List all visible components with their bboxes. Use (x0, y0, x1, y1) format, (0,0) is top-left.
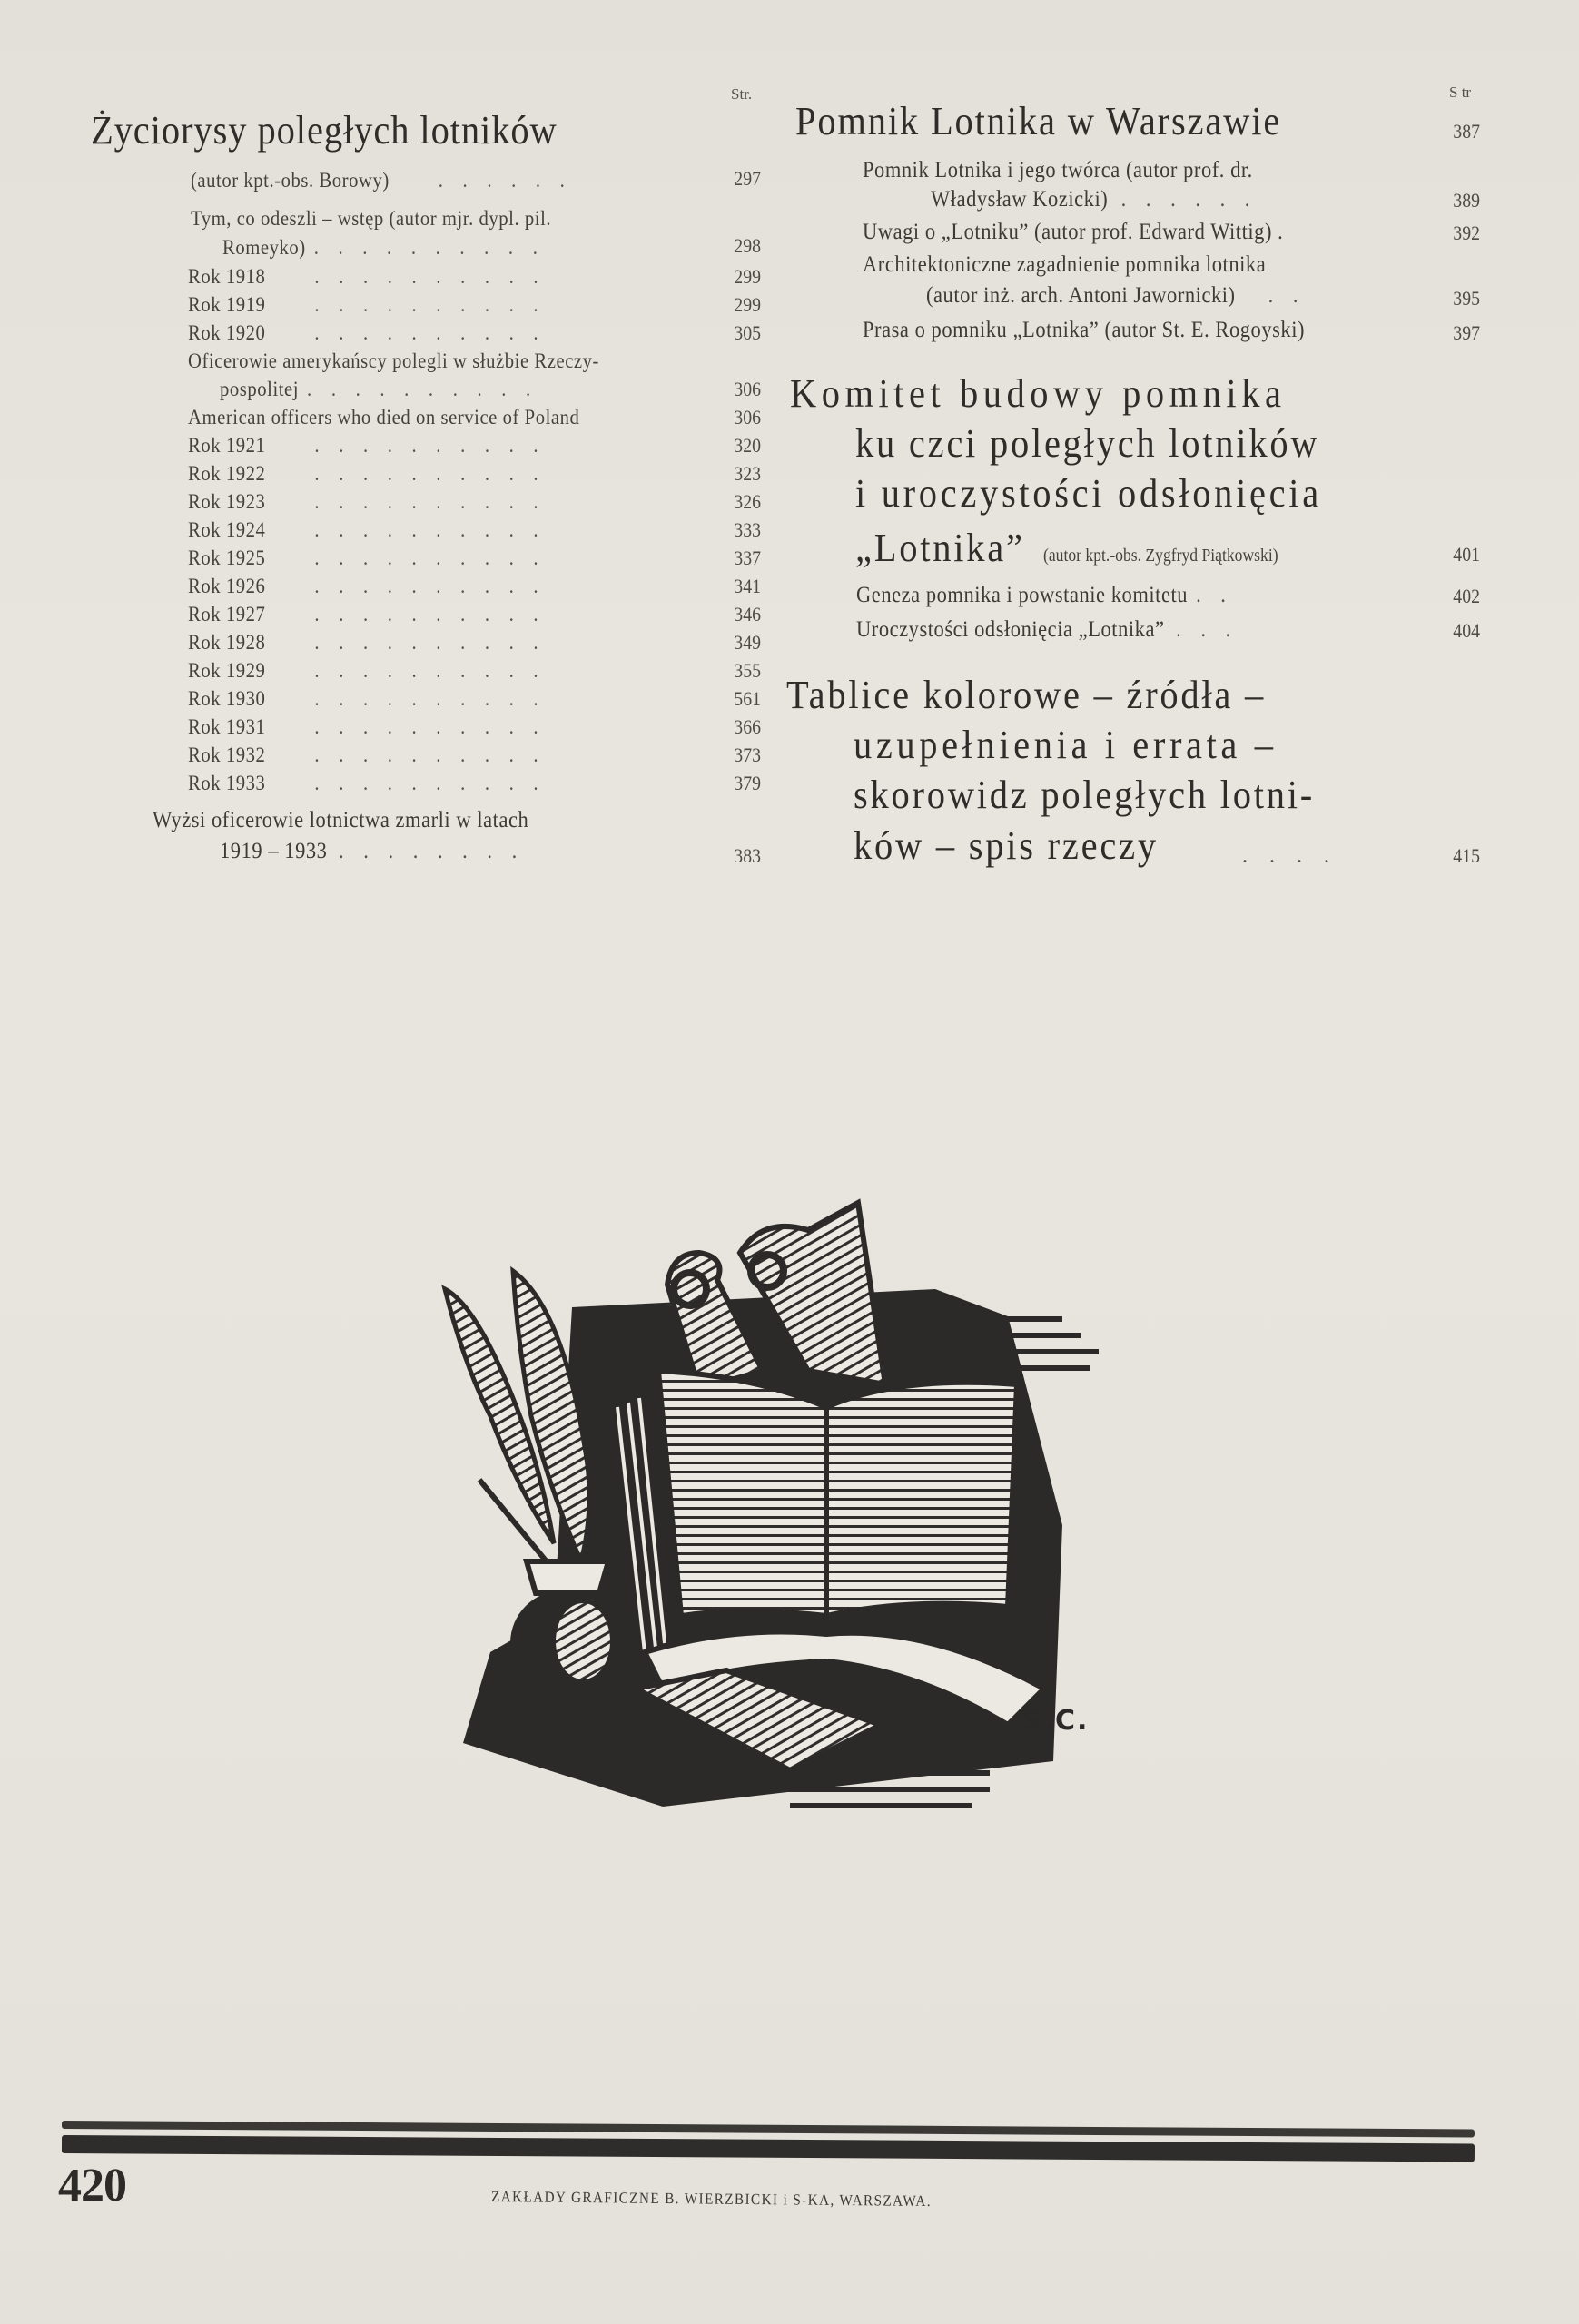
section-title-tablice-line4: ków – spis rzeczy (854, 822, 1185, 869)
toc-entry: Rok 1926.......... (188, 575, 558, 598)
toc-entry: Rok 1922.......... (188, 462, 558, 486)
toc-entry-continuation: (autor inż. arch. Antoni Jawornicki).. (926, 283, 1317, 309)
section-title-komitet-line2: ku czci poległych lotników (855, 420, 1319, 467)
toc-entry: Rok 1921.......... (188, 434, 558, 458)
toc-entry: Rok 1929.......... (188, 659, 558, 683)
toc-entry: Rok 1923.......... (188, 490, 558, 514)
toc-entry: Tym, co odeszli – wstęp (autor mjr. dypl… (191, 207, 551, 231)
toc-page-number: 355 (712, 659, 761, 683)
toc-entry: Rok 1918.......... (188, 265, 558, 289)
toc-entry: Rok 1933.......... (188, 772, 558, 795)
toc-page-number: 397 (1431, 321, 1480, 345)
toc-page-number: 379 (712, 772, 761, 795)
toc-page-number: 349 (712, 631, 761, 655)
toc-page-number: 323 (712, 462, 761, 486)
toc-page-number: 306 (712, 378, 761, 401)
toc-entry: Wyżsi oficerowie lotnictwa zmarli w lata… (153, 808, 528, 833)
toc-entry: Rok 1930.......... (188, 687, 558, 711)
right-page-column-header: S tr (1449, 84, 1471, 102)
page-number: 420 (58, 2159, 126, 2212)
toc-entry: Oficerowie amerykańscy polegli w służbie… (188, 350, 599, 373)
section-title-komitet: Komitet budowy pomnika (790, 370, 1286, 417)
section-title-pomnik: Pomnik Lotnika w Warszawie (795, 98, 1281, 144)
artist-signature: S.C. (1021, 1705, 1089, 1737)
toc-entry-continuation: pospolitej.......... (220, 378, 550, 401)
toc-page-number: 415 (1431, 844, 1480, 868)
toc-entry: Uwagi o „Lotniku” (autor prof. Edward Wi… (863, 220, 1283, 245)
toc-entry: Prasa o pomniku „Lotnika” (autor St. E. … (863, 318, 1305, 343)
book-left-page (658, 1371, 826, 1616)
toc-page-number: 401 (1431, 543, 1480, 566)
toc-entry-continuation: Władysław Kozicki)...... (931, 187, 1269, 212)
toc-page-number: 389 (1431, 189, 1480, 212)
toc-page-number: 341 (712, 575, 761, 598)
toc-page-number: 297 (712, 167, 761, 191)
toc-entry: Pomnik Lotnika i jego twórca (autor prof… (863, 158, 1253, 183)
section-title-tablice-line3: skorowidz poległych lotni- (854, 772, 1315, 818)
toc-entry: Rok 1931.......... (188, 715, 558, 739)
toc-page-number: 333 (712, 518, 761, 542)
toc-page-number: 298 (712, 234, 761, 258)
toc-page-number: 561 (712, 687, 761, 711)
toc-entry: Rok 1925.......... (188, 547, 558, 570)
section-title-komitet-line3: i uroczystości odsłonięcia (855, 470, 1322, 517)
book-quill-woodcut-illustration (427, 1180, 1117, 1816)
section-title-zyciorysy: Życiorysy poległych lotników (91, 107, 558, 153)
toc-page-number: 402 (1431, 585, 1480, 608)
footer-rule-thick (62, 2135, 1475, 2162)
toc-page-number: 387 (1431, 120, 1480, 143)
toc-page-number: 299 (712, 265, 761, 289)
toc-page-number: 305 (712, 321, 761, 345)
toc-page-number: 299 (712, 293, 761, 317)
toc-entry: Geneza pomnika i powstanie komitetu.. (856, 583, 1246, 608)
toc-page-number: 366 (712, 715, 761, 739)
toc-page-number: 373 (712, 743, 761, 767)
leader-dots: .... (1242, 844, 1351, 869)
toc-entry-continuation: Romeyko).......... (222, 236, 557, 260)
toc-page-number: 306 (712, 406, 761, 429)
section-title-tablice: Tablice kolorowe – źródła – (786, 672, 1266, 718)
toc-entry: American officers who died on service of… (188, 406, 579, 429)
toc-entry: Rok 1932.......... (188, 743, 558, 767)
toc-entry: Rok 1928.......... (188, 631, 558, 655)
left-page-column-header: Str. (731, 85, 752, 103)
toc-page-number: 383 (712, 844, 761, 868)
toc-entry: Rok 1924.......... (188, 518, 558, 542)
toc-page-number: 320 (712, 434, 761, 458)
toc-page-number: 346 (712, 603, 761, 626)
toc-page-number: 326 (712, 490, 761, 514)
book-right-page (826, 1383, 1017, 1616)
toc-entry: Rok 1927.......... (188, 603, 558, 626)
toc-page-number: 404 (1431, 619, 1480, 643)
toc-page-number: 392 (1431, 222, 1480, 245)
printer-imprint: ZAKŁADY GRAFICZNE B. WIERZBICKI i S-KA, … (491, 2188, 932, 2211)
section-title-tablice-line2: uzupełnienia i errata – (854, 722, 1278, 768)
toc-page-number: 395 (1431, 287, 1480, 310)
footer-rule-thin (62, 2121, 1475, 2138)
section-title-komitet-line4: „Lotnika” (autor kpt.-obs. Zygfryd Piątk… (855, 525, 1310, 571)
toc-entry-continuation: 1919 – 1933........ (220, 839, 537, 864)
toc-entry: Uroczystości odsłonięcia „Lotnika”... (856, 617, 1250, 643)
inkwell-neck (527, 1561, 608, 1593)
toc-entry: Rok 1919.......... (188, 293, 558, 317)
toc-entry: Architektoniczne zagadnienie pomnika lot… (863, 252, 1266, 278)
toc-entry: (autor kpt.-obs. Borowy)...... (191, 169, 584, 192)
toc-page-number: 337 (712, 547, 761, 570)
toc-entry: Rok 1920.......... (188, 321, 558, 345)
